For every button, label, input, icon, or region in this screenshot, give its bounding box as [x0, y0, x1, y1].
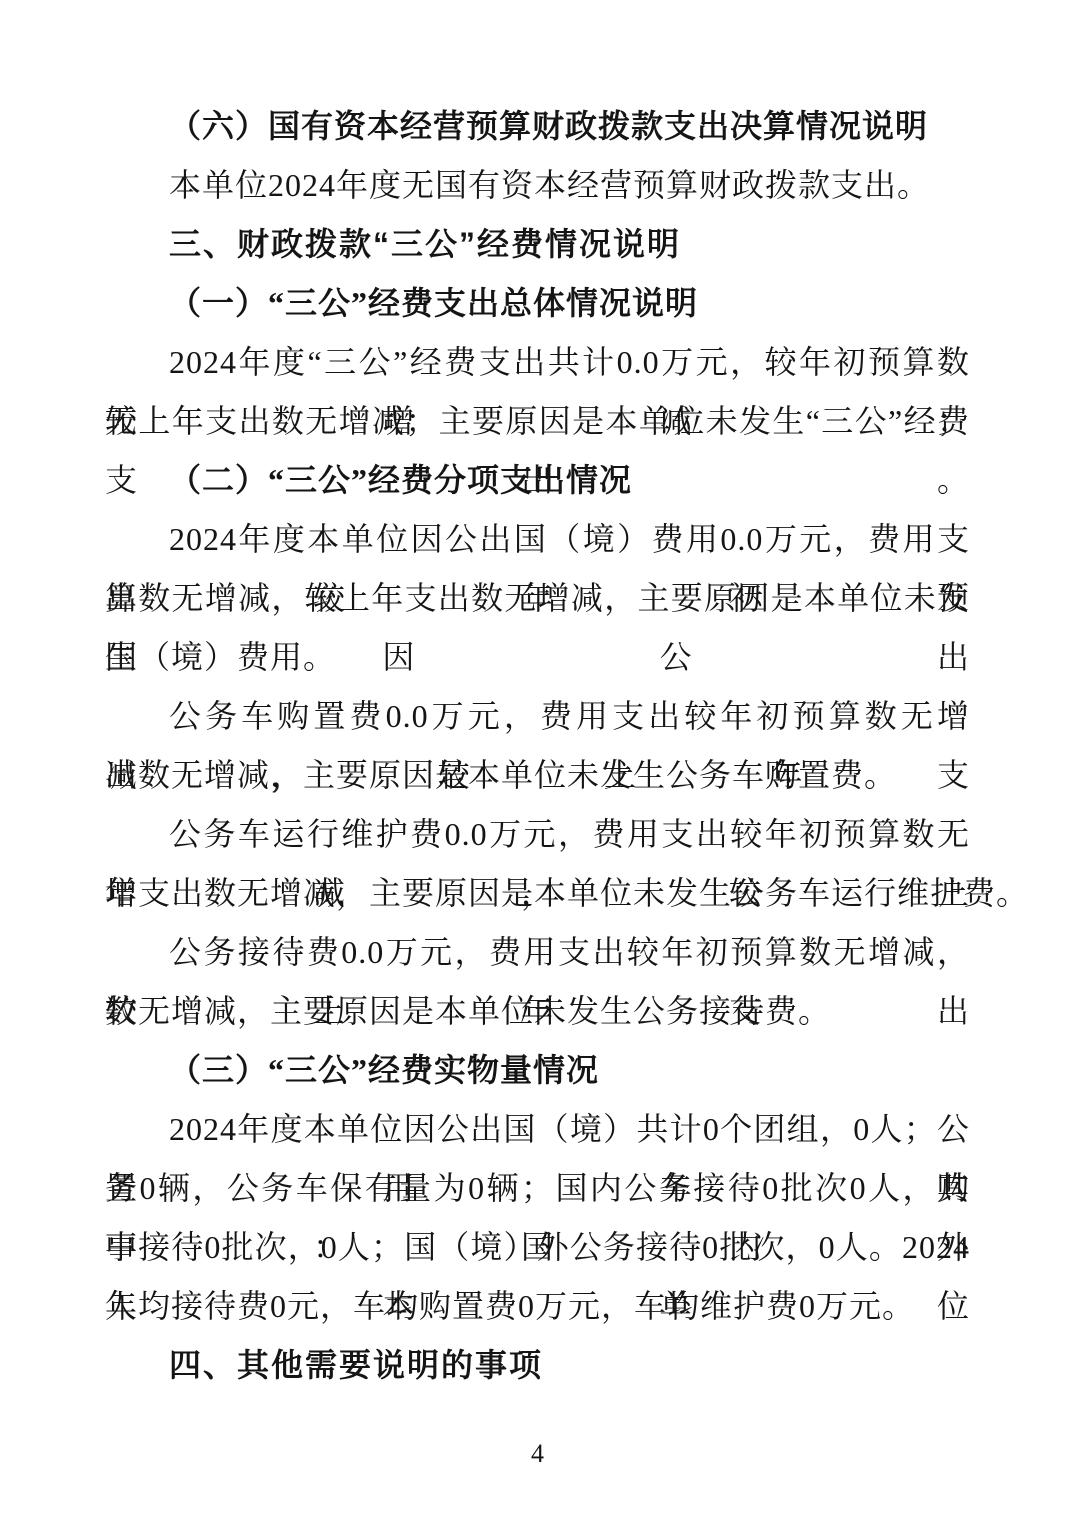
heading-sub-1-overall-expenditure: （一）“三公”经费支出总体情况说明	[105, 274, 970, 333]
paragraph-physical-quantity-line-2: 置0辆，公务车保有量为0辆；国内公务接待0批次0人，其中：国内外	[105, 1159, 970, 1218]
paragraph-vehicle-maintenance-line-1: 公务车运行维护费0.0万元，费用支出较年初预算数无增减，较上	[105, 805, 970, 864]
paragraph-overall-expenditure-line-2: 较上年支出数无增减；主要原因是本单位未发生“三公”经费支出。	[105, 392, 970, 451]
heading-sub-3-physical-quantity: （三）“三公”经费实物量情况	[105, 1041, 970, 1100]
paragraph-vehicle-purchase-line-1: 公务车购置费0.0万元，费用支出较年初预算数无增减，较上年支	[105, 687, 970, 746]
paragraph-official-reception-line-1: 公务接待费0.0万元，费用支出较年初预算数无增减，较上年支出	[105, 923, 970, 982]
paragraph-physical-quantity-line-1: 2024年度本单位因公出国（境）共计0个团组，0人；公务用车购	[105, 1100, 970, 1159]
paragraph-physical-quantity-line-3: 事接待0批次，0人；国（境）外公务接待0批次，0人。2024年本单位	[105, 1218, 970, 1277]
paragraph-overall-expenditure-line-1: 2024年度“三公”经费支出共计0.0万元，较年初预算数无增减；	[105, 333, 970, 392]
paragraph-no-state-capital-expenditure: 本单位2024年度无国有资本经营预算财政拨款支出。	[105, 156, 970, 215]
heading-section-6-state-capital-budget: （六）国有资本经营预算财政拨款支出决算情况说明	[105, 97, 970, 156]
paragraph-physical-quantity-line-4: 人均接待费0元，车均购置费0万元，车均维护费0万元。	[105, 1277, 970, 1336]
paragraph-overseas-travel-line-1: 2024年度本单位因公出国（境）费用0.0万元，费用支出较年初预	[105, 510, 970, 569]
page-number: 4	[0, 1438, 1075, 1470]
document-page: （六）国有资本经营预算财政拨款支出决算情况说明 本单位2024年度无国有资本经营…	[0, 0, 1075, 1520]
heading-part-3-three-public-funds: 三、财政拨款“三公”经费情况说明	[105, 215, 970, 274]
paragraph-vehicle-maintenance-line-2: 年支出数无增减，主要原因是本单位未发生公务车运行维护费。	[105, 864, 970, 923]
paragraph-vehicle-purchase-line-2: 出数无增减，主要原因是本单位未发生公务车购置费。	[105, 746, 970, 805]
paragraph-overseas-travel-line-2: 算数无增减，较上年支出数无增减，主要原因是本单位未发生因公出	[105, 569, 970, 628]
heading-part-4-other-matters: 四、其他需要说明的事项	[105, 1336, 970, 1395]
